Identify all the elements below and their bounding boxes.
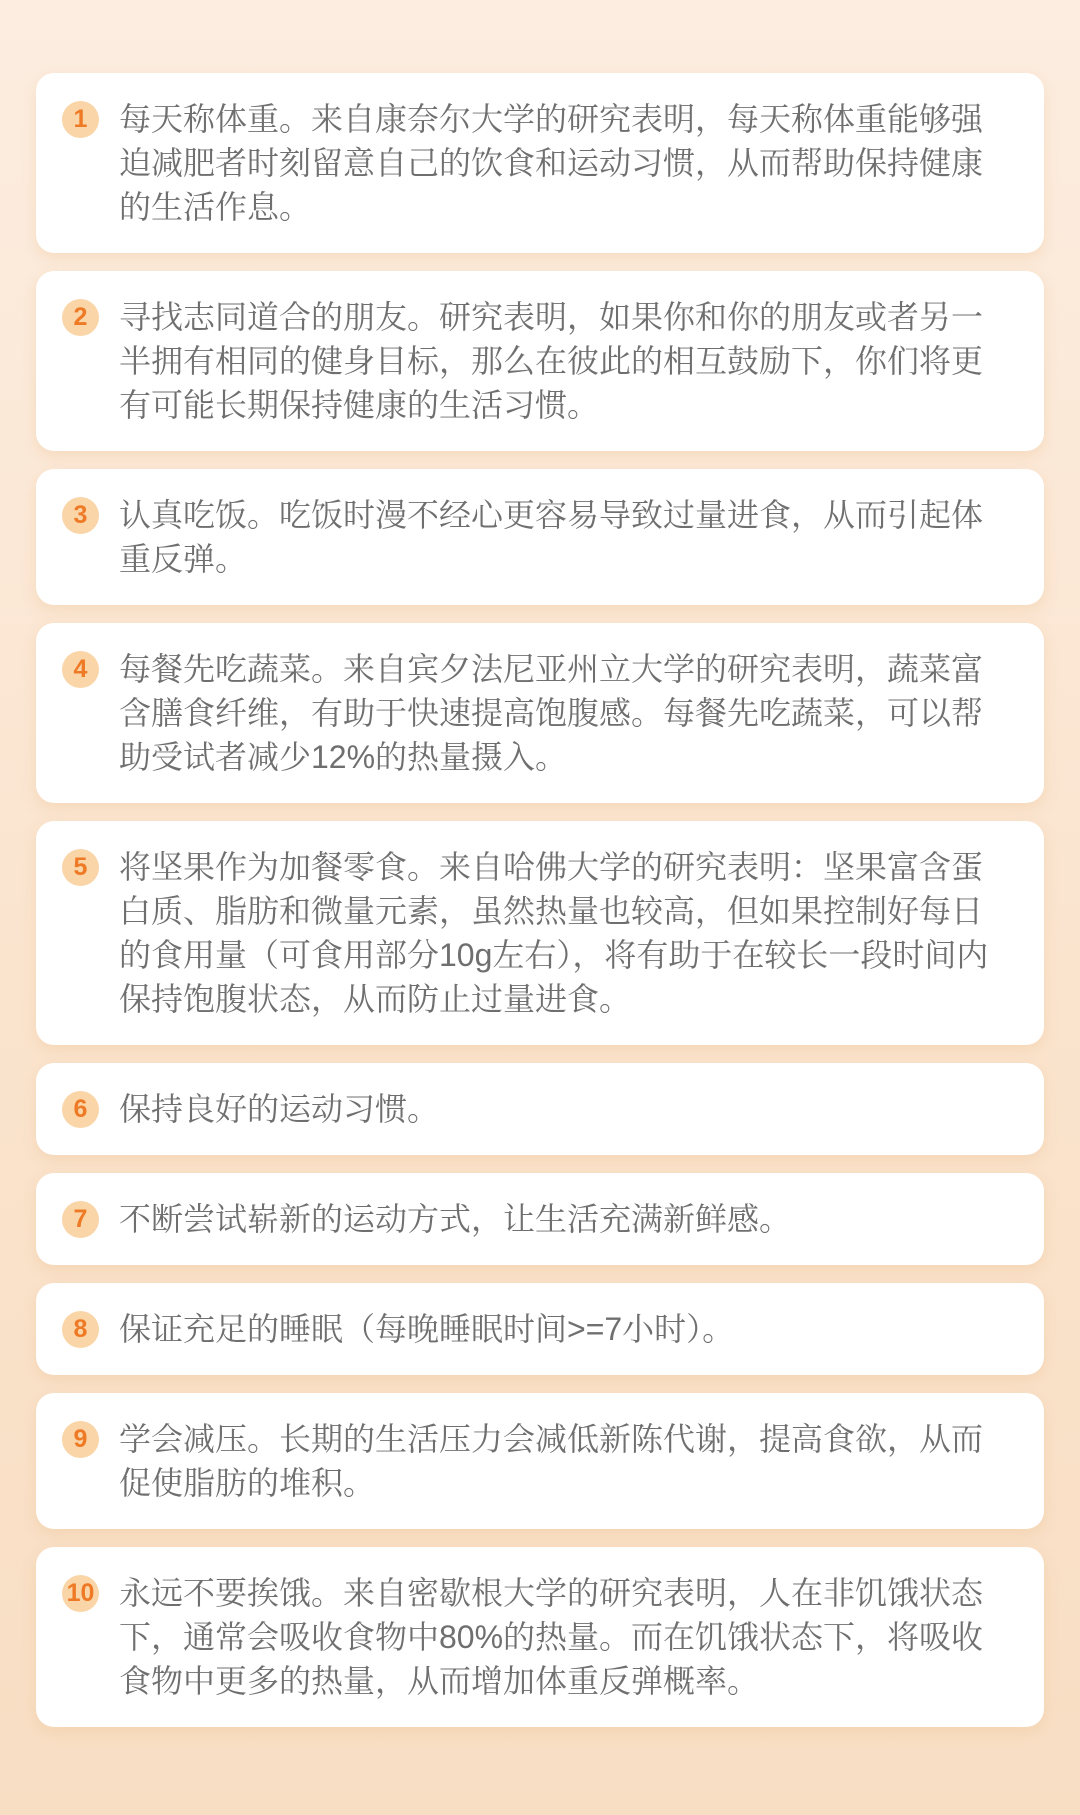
tip-card: 3 认真吃饭。吃饭时漫不经心更容易导致过量进食，从而引起体重反弹。 bbox=[36, 469, 1044, 605]
tip-number-badge: 3 bbox=[62, 497, 99, 534]
tip-number-badge: 4 bbox=[62, 651, 99, 688]
tip-number-badge: 9 bbox=[62, 1421, 99, 1458]
tip-text: 永远不要挨饿。来自密歇根大学的研究表明，人在非饥饿状态下，通常会吸收食物中80%… bbox=[119, 1571, 1014, 1703]
tip-number-badge: 6 bbox=[62, 1091, 99, 1128]
tip-text: 每餐先吃蔬菜。来自宾夕法尼亚州立大学的研究表明，蔬菜富含膳食纤维，有助于快速提高… bbox=[119, 647, 1014, 779]
tip-card: 5 将坚果作为加餐零食。来自哈佛大学的研究表明：坚果富含蛋白质、脂肪和微量元素，… bbox=[36, 821, 1044, 1045]
tip-number-badge: 7 bbox=[62, 1201, 99, 1238]
tip-text: 保证充足的睡眠（每晚睡眠时间>=7小时）。 bbox=[119, 1307, 734, 1351]
tip-card: 8 保证充足的睡眠（每晚睡眠时间>=7小时）。 bbox=[36, 1283, 1044, 1375]
tip-text: 不断尝试崭新的运动方式，让生活充满新鲜感。 bbox=[119, 1197, 791, 1241]
tip-card: 9 学会减压。长期的生活压力会减低新陈代谢，提高食欲，从而促使脂肪的堆积。 bbox=[36, 1393, 1044, 1529]
tip-number-badge: 10 bbox=[62, 1575, 99, 1612]
tip-card: 2 寻找志同道合的朋友。研究表明，如果你和你的朋友或者另一半拥有相同的健身目标，… bbox=[36, 271, 1044, 451]
tip-card: 1 每天称体重。来自康奈尔大学的研究表明，每天称体重能够强迫减肥者时刻留意自己的… bbox=[36, 73, 1044, 253]
tip-card: 6 保持良好的运动习惯。 bbox=[36, 1063, 1044, 1155]
tip-text: 寻找志同道合的朋友。研究表明，如果你和你的朋友或者另一半拥有相同的健身目标，那么… bbox=[119, 295, 1014, 427]
tips-list: 1 每天称体重。来自康奈尔大学的研究表明，每天称体重能够强迫减肥者时刻留意自己的… bbox=[36, 73, 1044, 1727]
tip-text: 保持良好的运动习惯。 bbox=[119, 1087, 439, 1131]
tip-card: 4 每餐先吃蔬菜。来自宾夕法尼亚州立大学的研究表明，蔬菜富含膳食纤维，有助于快速… bbox=[36, 623, 1044, 803]
tip-card: 10 永远不要挨饿。来自密歇根大学的研究表明，人在非饥饿状态下，通常会吸收食物中… bbox=[36, 1547, 1044, 1727]
tip-number-badge: 8 bbox=[62, 1311, 99, 1348]
tip-number-badge: 2 bbox=[62, 299, 99, 336]
tip-text: 每天称体重。来自康奈尔大学的研究表明，每天称体重能够强迫减肥者时刻留意自己的饮食… bbox=[119, 97, 1014, 229]
tip-text: 将坚果作为加餐零食。来自哈佛大学的研究表明：坚果富含蛋白质、脂肪和微量元素，虽然… bbox=[119, 845, 1014, 1021]
tip-number-badge: 5 bbox=[62, 849, 99, 886]
tip-text: 学会减压。长期的生活压力会减低新陈代谢，提高食欲，从而促使脂肪的堆积。 bbox=[119, 1417, 1014, 1505]
tip-text: 认真吃饭。吃饭时漫不经心更容易导致过量进食，从而引起体重反弹。 bbox=[119, 493, 1014, 581]
tip-card: 7 不断尝试崭新的运动方式，让生活充满新鲜感。 bbox=[36, 1173, 1044, 1265]
tip-number-badge: 1 bbox=[62, 101, 99, 138]
